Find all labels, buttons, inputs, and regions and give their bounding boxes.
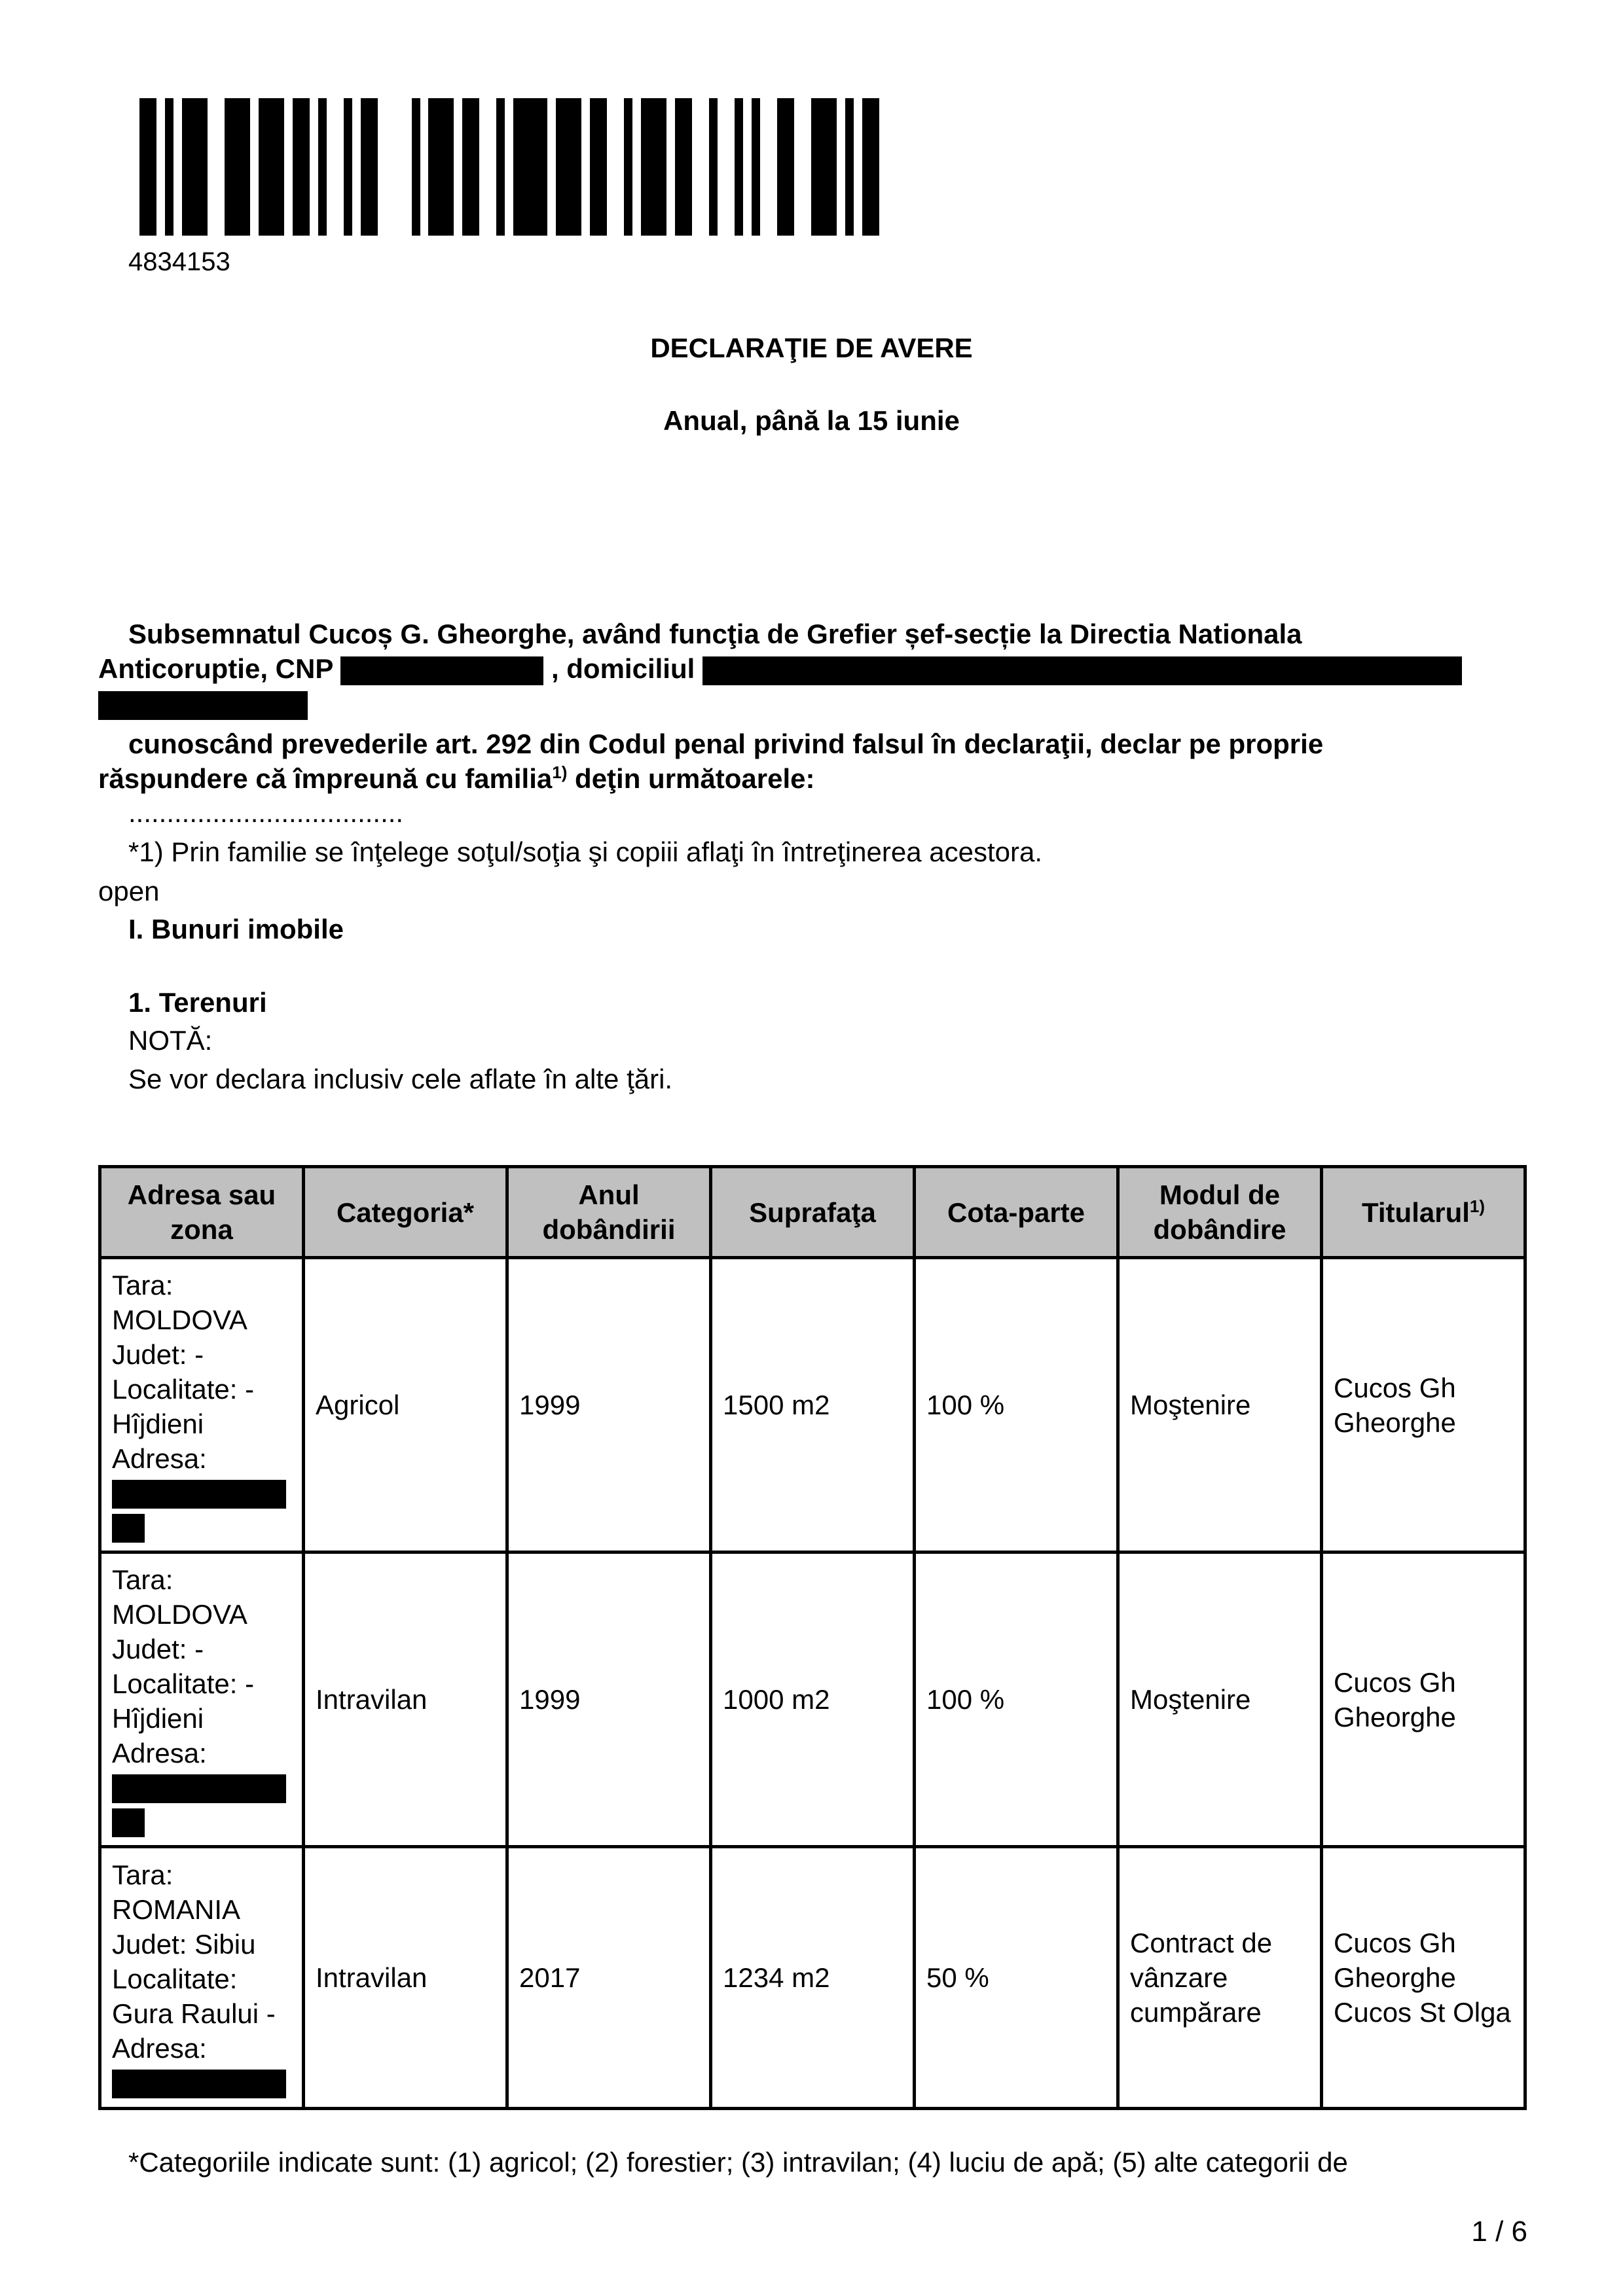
header-mode: Modul de dobândire [1118,1167,1322,1258]
barcode-bar [862,98,879,236]
barcode-gap [718,98,735,236]
barcode-bar [590,98,607,236]
cell-share: 50 % [915,1847,1118,2109]
cell-area: 1234 m2 [711,1847,915,2109]
address-line: Gura Raului - [112,1996,291,2031]
address-line: Localitate: [112,1962,291,1996]
barcode-gap [454,98,462,236]
declaration-line-1: Subsemnatul Cucoș G. Gheorghe, având fun… [98,617,1525,651]
cnp-redaction [340,656,543,685]
barcode-bar [496,98,505,236]
header-address: Adresa sau zona [100,1167,304,1258]
cell-address: Tara:MOLDOVAJudet: -Localitate: -Hîjdien… [100,1552,304,1847]
cell-holder: Cucos Gh Gheorghe [1322,1552,1525,1847]
barcode-bar [361,98,378,236]
domicile-redaction [702,656,1462,685]
barcode-gap [794,98,811,236]
declaration-line-3: cunoscând prevederile art. 292 din Codul… [98,726,1525,761]
cell-mode: Moştenire [1118,1258,1322,1552]
barcode-bar [293,98,310,236]
barcode-gap [310,98,318,236]
barcode-bar [428,98,454,236]
cell-area: 1000 m2 [711,1552,915,1847]
header-share: Cota-parte [915,1167,1118,1258]
barcode-gap [505,98,513,236]
address-line: Adresa: [112,1441,291,1476]
cell-mode: Moştenire [1118,1552,1322,1847]
barcode-bar [777,98,794,236]
cell-year: 1999 [507,1258,711,1552]
barcode-gap [632,98,641,236]
barcode-bar [845,98,854,236]
cell-address: Tara:ROMANIAJudet: SibiuLocalitate:Gura … [100,1847,304,2109]
page-number: 1 / 6 [1471,2215,1527,2248]
barcode-gap [352,98,361,236]
declaration-line-2: Anticoruptie, CNP , domiciliul [98,651,1525,686]
address-line: Adresa: [112,1736,291,1770]
declaration-line-4-text: răspundere că împreună cu familia [98,763,552,794]
barcode-gap [607,98,624,236]
barcode-gap [284,98,293,236]
barcode-gap [837,98,845,236]
barcode-gap [156,98,165,236]
cell-category: Intravilan [304,1552,507,1847]
declaration-paragraph: Subsemnatul Cucoș G. Gheorghe, având fun… [98,617,1525,721]
cell-year: 1999 [507,1552,711,1847]
cell-share: 100 % [915,1258,1118,1552]
header-holder-text: Titularul [1362,1197,1470,1228]
barcode-gap [692,98,709,236]
address-line: Tara: [112,1562,291,1597]
table-row: Tara:MOLDOVAJudet: -Localitate: -Hîjdien… [100,1258,1525,1552]
document-title: DECLARAŢIE DE AVERE [0,332,1623,364]
table-header-row: Adresa sau zona Categoria* Anul dobândir… [100,1167,1525,1258]
address-line: Judet: Sibiu [112,1927,291,1962]
barcode-bar [344,98,352,236]
barcode-gap [581,98,590,236]
footnote-ref: 1) [552,762,567,782]
cell-year: 2017 [507,1847,711,2109]
barcode-bar [139,98,156,236]
barcode-gap [250,98,259,236]
barcode-bar [462,98,479,236]
address-line: Tara: [112,1268,291,1302]
subsection-heading: 1. Terenuri [128,987,267,1018]
cell-mode: Contract de vânzare cumpărare [1118,1847,1322,2109]
barcode-gap [327,98,344,236]
header-holder: Titularul1) [1322,1167,1525,1258]
barcode-gap [479,98,496,236]
address-line: Hîjdieni [112,1701,291,1736]
barcode-gap [547,98,556,236]
address-line: Tara: [112,1857,291,1892]
cell-area: 1500 m2 [711,1258,915,1552]
barcode-bar [165,98,173,236]
address-redaction [112,1480,286,1509]
declaration-line-4-suffix: deţin următoarele: [567,763,814,794]
barcode-bar [752,98,760,236]
address-line: ROMANIA [112,1892,291,1927]
address-line: MOLDOVA [112,1302,291,1337]
barcode-number: 4834153 [128,247,230,277]
declaration-statement: cunoscând prevederile art. 292 din Codul… [98,726,1525,796]
cell-category: Intravilan [304,1847,507,2109]
cell-holder: Cucos Gh Gheorghe [1322,1258,1525,1552]
cell-share: 100 % [915,1552,1118,1847]
barcode-bar [735,98,743,236]
barcode-gap [208,98,225,236]
header-category: Categoria* [304,1167,507,1258]
note-text: Se vor declara inclusiv cele aflate în a… [128,1064,672,1095]
barcode-gap [173,98,182,236]
address-line: MOLDOVA [112,1597,291,1632]
note-label: NOTĂ: [128,1025,212,1056]
barcode-bar [811,98,837,236]
cell-address: Tara:MOLDOVAJudet: -Localitate: -Hîjdien… [100,1258,304,1552]
cnp-label: Anticoruptie, CNP [98,653,333,684]
barcode-gap [760,98,777,236]
barcode-gap [854,98,862,236]
barcode-bar [182,98,208,236]
domicile-label: , domiciliul [551,653,695,684]
dotted-separator: .................................... [128,797,403,829]
domicile-redaction-cont [98,691,308,720]
cell-category: Agricol [304,1258,507,1552]
barcode-gap [743,98,752,236]
address-redaction [112,1808,145,1837]
barcode [139,98,879,236]
address-line: Judet: - [112,1337,291,1372]
table-row: Tara:ROMANIAJudet: SibiuLocalitate:Gura … [100,1847,1525,2109]
barcode-bar [556,98,581,236]
barcode-gap [378,98,412,236]
cell-holder: Cucos Gh Gheorghe Cucos St Olga [1322,1847,1525,2109]
land-table: Adresa sau zona Categoria* Anul dobândir… [98,1165,1527,2110]
address-line: Adresa: [112,2031,291,2066]
barcode-bar [259,98,284,236]
barcode-bar [641,98,666,236]
address-line: Judet: - [112,1632,291,1666]
open-label: open [98,876,159,907]
barcode-gap [420,98,429,236]
address-line: Localitate: - [112,1372,291,1407]
header-area: Suprafaţa [711,1167,915,1258]
header-holder-sup: 1) [1470,1196,1485,1216]
barcode-bar [225,98,250,236]
address-redaction [112,1514,145,1543]
family-note: *1) Prin familie se înţelege soţul/soţia… [128,836,1042,868]
barcode-bar [412,98,420,236]
barcode-bar [675,98,692,236]
address-redaction [112,2070,286,2098]
header-year: Anul dobândirii [507,1167,711,1258]
section-heading: I. Bunuri imobile [128,914,344,945]
barcode-bar [318,98,327,236]
document-subtitle: Anual, până la 15 iunie [0,405,1623,437]
address-redaction [112,1774,286,1803]
table-row: Tara:MOLDOVAJudet: -Localitate: -Hîjdien… [100,1552,1525,1847]
barcode-bar [513,98,547,236]
categories-footnote: *Categoriile indicate sunt: (1) agricol;… [128,2147,1348,2178]
address-line: Localitate: - [112,1666,291,1701]
barcode-gap [666,98,675,236]
address-line: Hîjdieni [112,1407,291,1441]
barcode-bar [624,98,632,236]
barcode-bar [709,98,718,236]
declaration-line-2b [98,686,1525,721]
declaration-line-4: răspundere că împreună cu familia1) deţi… [98,761,1525,796]
